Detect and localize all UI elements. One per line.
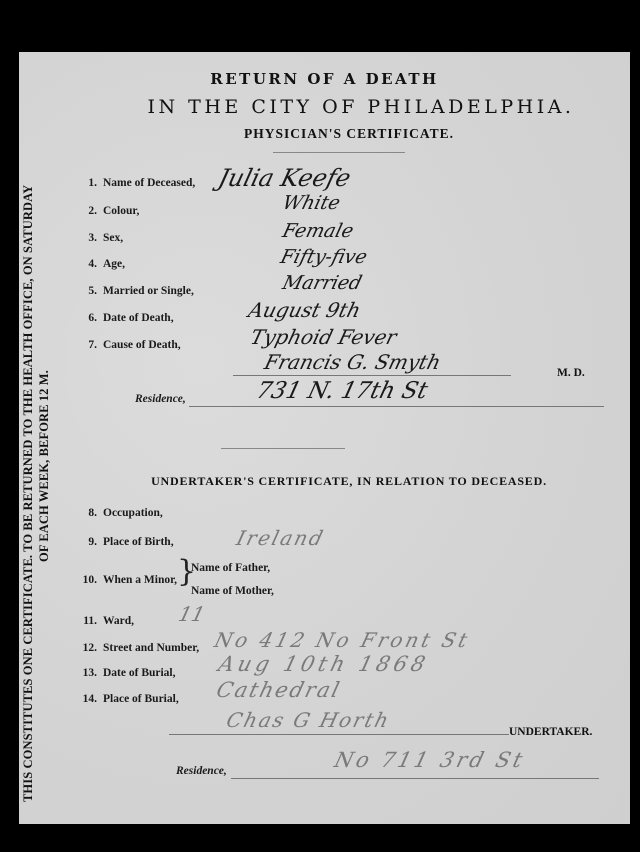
field-value-marital: Married: [280, 272, 364, 294]
undertaker-residence-line: [231, 778, 599, 779]
physician-residence-value: 731 N. 17th St: [254, 378, 431, 404]
field-label-occupation: 8.Occupation,: [81, 507, 163, 519]
field-value-sex: Female: [280, 220, 356, 242]
field-label-marital: 5.Married or Single,: [81, 285, 194, 297]
field-value-ward: 11: [176, 602, 207, 626]
physician-certificate-heading: PHYSICIAN'S CERTIFICATE.: [79, 126, 619, 142]
field-label-date-of-burial: 13.Date of Burial,: [81, 667, 176, 679]
field-value-colour: White: [280, 192, 342, 214]
field-label-mother: Name of Mother,: [191, 585, 274, 597]
field-value-age: Fifty-five: [278, 246, 369, 268]
field-label-when-minor: 10.When a Minor,: [81, 574, 177, 586]
field-label-father: Name of Father,: [191, 562, 270, 574]
field-label-ward: 11.Ward,: [81, 615, 134, 627]
undertaker-certificate-heading: UNDERTAKER'S CERTIFICATE, IN RELATION TO…: [79, 474, 619, 489]
document-title: RETURN OF A DEATH: [19, 70, 630, 88]
undertaker-suffix: UNDERTAKER.: [509, 726, 592, 738]
field-value-place-of-burial: Cathedral: [214, 678, 344, 702]
field-label-colour: 2.Colour,: [81, 205, 139, 217]
field-label-sex: 3.Sex,: [81, 232, 123, 244]
physician-md-suffix: M. D.: [557, 367, 585, 379]
field-label-age: 4.Age,: [81, 258, 125, 270]
field-label-place-of-birth: 9.Place of Birth,: [81, 536, 174, 548]
side-instruction-line-1: THIS CONSTITUTES ONE CERTIFICATE. TO BE …: [21, 185, 36, 802]
field-value-date-of-burial: Aug 10th 1868: [216, 652, 432, 676]
field-value-street: No 412 No Front St: [212, 628, 473, 652]
title-divider: [273, 152, 405, 153]
field-value-place-of-birth: Ireland: [234, 526, 327, 550]
document-subtitle: IN THE CITY OF PHILADELPHIA.: [91, 96, 631, 118]
field-value-name: Julia Keefe: [216, 164, 354, 192]
field-label-street: 12.Street and Number,: [81, 642, 199, 654]
physician-residence-label: Residence,: [135, 393, 186, 405]
field-label-place-of-burial: 14.Place of Burial,: [81, 693, 179, 705]
field-label-cause-of-death: 7.Cause of Death,: [81, 339, 181, 351]
field-label-name: 1.Name of Deceased,: [81, 177, 195, 189]
field-value-date-of-death: August 9th: [246, 298, 363, 322]
field-label-date-of-death: 6.Date of Death,: [81, 312, 174, 324]
field-value-cause-of-death: Typhoid Fever: [248, 325, 399, 349]
death-certificate-page: THIS CONSTITUTES ONE CERTIFICATE. TO BE …: [19, 52, 630, 824]
undertaker-signature-line: [169, 734, 509, 735]
physician-signature: Francis G. Smyth: [262, 350, 443, 374]
section-divider: [221, 448, 345, 449]
side-instructions: THIS CONSTITUTES ONE CERTIFICATE. TO BE …: [19, 52, 79, 824]
physician-signature-line: [233, 375, 511, 376]
undertaker-signature: Chas G Horth: [224, 708, 393, 732]
side-instruction-line-2: OF EACH WEEK, BEFORE 12 M.: [37, 370, 52, 562]
physician-residence-line: [189, 406, 604, 407]
undertaker-residence-label: Residence,: [176, 765, 227, 777]
undertaker-residence-value: No 711 3rd St: [332, 748, 528, 772]
